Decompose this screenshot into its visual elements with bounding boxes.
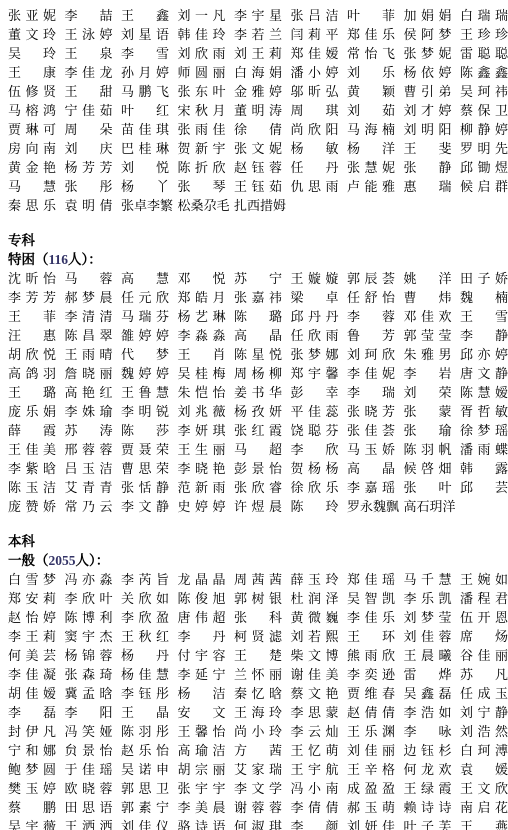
student-name: 杨艺琳 bbox=[178, 307, 226, 326]
student-name: 杨依婷 bbox=[404, 63, 452, 82]
student-name: 王秋红 bbox=[121, 627, 169, 646]
student-name: 张宇宇 bbox=[178, 779, 226, 798]
student-name: 王菲 bbox=[8, 307, 56, 326]
student-name: 唐伟超 bbox=[178, 608, 226, 627]
student-name: 马超 bbox=[234, 440, 282, 459]
student-name: 周琪 bbox=[291, 101, 339, 120]
student-name: 张晓芳 bbox=[347, 402, 395, 421]
student-name: 陈慧嫒 bbox=[460, 383, 508, 402]
student-name: 胡佳嫒 bbox=[8, 684, 56, 703]
student-name: 艾家瑞 bbox=[234, 760, 282, 779]
student-name: 安文 bbox=[178, 703, 226, 722]
section-subtitle-benke-yiban: 一般（2055人）： bbox=[8, 551, 508, 570]
student-name: 加娟娟 bbox=[404, 6, 452, 25]
student-name: 李乐凯 bbox=[404, 589, 452, 608]
student-name: 李宇星 bbox=[234, 6, 282, 25]
student-name: 马玉娇 bbox=[347, 440, 395, 459]
student-name: 张红霞 bbox=[234, 421, 282, 440]
student-count: 2055 bbox=[49, 553, 76, 568]
student-name: 李佳凝 bbox=[8, 665, 56, 684]
student-name: 周茜茜 bbox=[234, 570, 282, 589]
student-name: 谢佳美 bbox=[291, 665, 339, 684]
name-row: 胡欣悦王雨晴代梦王肖陈星悦张梦娜刘珂欣朱雅男邱亦婷 bbox=[8, 345, 508, 364]
name-row: 李王莉窦宇杰王秋红李丹柯贤滤刘若熙王环刘佳蓉席炀 bbox=[8, 627, 508, 646]
student-name: 郭树银 bbox=[234, 589, 282, 608]
student-name: 刘一凡 bbox=[178, 6, 226, 25]
student-name: 杨锦蓉 bbox=[65, 646, 113, 665]
student-name: 马蓉 bbox=[65, 269, 113, 288]
student-name: 刘浩然 bbox=[460, 722, 508, 741]
name-row: 李磊李阳王晶安文王海玲李思蒙赵倩倩李浩如刘宁静 bbox=[8, 703, 508, 722]
student-name: 何淑琪 bbox=[234, 817, 282, 830]
student-name: 庞赞娇 bbox=[8, 497, 56, 516]
student-name: 李佳龙 bbox=[65, 63, 113, 82]
student-name: 詹晓丽 bbox=[65, 364, 113, 383]
name-grid-benke-yiban: 白雪梦冯亦淼李芮旨龙晶晶周茜茜薛玉玲郑佳瑶马千慧王婉如郑安莉李欣叶关欣如陈俊旭郭… bbox=[8, 570, 508, 830]
student-name: 刘佳蓉 bbox=[404, 627, 452, 646]
student-name: 李佳乐 bbox=[347, 608, 395, 627]
student-name: 李芮旨 bbox=[121, 570, 169, 589]
student-name: 代梦 bbox=[121, 345, 169, 364]
student-name: 李蓉 bbox=[347, 307, 395, 326]
student-name: 李奕逊 bbox=[347, 665, 395, 684]
student-name: 王乐渊 bbox=[347, 722, 395, 741]
student-name: 张科 bbox=[234, 608, 282, 627]
name-row: 高鸽羽詹晓丽魏婷婷吴桂梅周杨柳郑宇馨李佳妮李岩唐文静 bbox=[8, 364, 508, 383]
student-name: 窦宇杰 bbox=[65, 627, 113, 646]
student-name: 冯笑娅 bbox=[65, 722, 113, 741]
student-name: 李若兰 bbox=[234, 25, 282, 44]
name-row: 李佳凝张森琦杨佳慧李延宁兰怀丽谢佳美李奕逊雷烨苏凡 bbox=[8, 665, 508, 684]
student-name: 任成玉 bbox=[460, 684, 508, 703]
student-name: 赵钰蓉 bbox=[234, 158, 282, 177]
student-name: 吴珂祎 bbox=[460, 82, 508, 101]
student-name: 巴桂琳 bbox=[121, 139, 169, 158]
student-name: 邬昕弘 bbox=[291, 82, 339, 101]
student-name: 叶子芙 bbox=[404, 817, 452, 830]
student-name: 张欣睿 bbox=[234, 478, 282, 497]
student-name: 刘兆薇 bbox=[178, 402, 226, 421]
student-name: 郭素宁 bbox=[121, 798, 169, 817]
student-name: 王忆萌 bbox=[291, 741, 339, 760]
student-name: 朱雅男 bbox=[404, 345, 452, 364]
student-name: 柴文博 bbox=[291, 646, 339, 665]
student-name: 赵倩倩 bbox=[347, 703, 395, 722]
student-name: 秦思乐 bbox=[8, 196, 56, 215]
student-name: 张叶 bbox=[404, 478, 452, 497]
student-name: 胥哲敏 bbox=[460, 402, 508, 421]
student-name: 彭幸 bbox=[291, 383, 339, 402]
student-name: 边钰杉 bbox=[404, 741, 452, 760]
student-name: 叶红 bbox=[121, 101, 169, 120]
student-name: 魏婷婷 bbox=[121, 364, 169, 383]
student-name: 陈莎 bbox=[121, 421, 169, 440]
subtitle-label: 特困（ bbox=[8, 252, 49, 267]
student-name: 刘星语 bbox=[121, 25, 169, 44]
student-name: 谷佳丽 bbox=[460, 646, 508, 665]
student-name: 鲁芳 bbox=[347, 326, 395, 345]
name-row: 胡佳嫒冀孟晗李钰彤杨洁秦忆晗蔡文艳贾维春吴鑫磊任成玉 bbox=[8, 684, 508, 703]
student-name: 王泉 bbox=[65, 44, 113, 63]
student-name: 沈昕怡 bbox=[8, 269, 56, 288]
student-name: 高晶 bbox=[347, 459, 395, 478]
student-name: 柯贤滤 bbox=[234, 627, 282, 646]
student-name: 李雪 bbox=[121, 44, 169, 63]
student-name: 刘乐 bbox=[347, 63, 395, 82]
student-name: 陈折欣 bbox=[178, 158, 226, 177]
student-name: 姚洋 bbox=[404, 269, 452, 288]
student-name: 刘梦莹 bbox=[404, 608, 452, 627]
student-name: 高晶 bbox=[234, 326, 282, 345]
student-name: 王绿霞 bbox=[404, 779, 452, 798]
student-name: 王婉如 bbox=[460, 570, 508, 589]
student-name: 刘若熙 bbox=[291, 627, 339, 646]
name-row: 白雪梦冯亦淼李芮旨龙晶晶周茜茜薛玉玲郑佳瑶马千慧王婉如 bbox=[8, 570, 508, 589]
student-name: 李明锐 bbox=[121, 402, 169, 421]
student-name: 高艳红 bbox=[65, 383, 113, 402]
student-name: 陈星悦 bbox=[234, 345, 282, 364]
student-name: 李瑞 bbox=[347, 383, 395, 402]
student-name: 叶菲 bbox=[347, 6, 395, 25]
student-name: 李淼淼 bbox=[178, 326, 226, 345]
student-name: 杨敏 bbox=[291, 139, 339, 158]
student-name: 张佳荟 bbox=[347, 421, 395, 440]
student-name: 周朵 bbox=[65, 120, 113, 139]
student-name: 汪惠 bbox=[8, 326, 56, 345]
name-row: 王菲李清清马瑞芬杨艺琳陈璐邱丹丹李蓉邓佳欢王雪 bbox=[8, 307, 508, 326]
student-name: 冀孟晗 bbox=[65, 684, 113, 703]
student-name: 高瑜洁 bbox=[178, 741, 226, 760]
student-name: 罗永魏飘 bbox=[347, 497, 395, 516]
student-name: 马瑞芬 bbox=[121, 307, 169, 326]
student-name: 杨佳慧 bbox=[121, 665, 169, 684]
student-name: 张彤 bbox=[65, 177, 113, 196]
student-name: 方茜 bbox=[234, 741, 282, 760]
student-name: 蔡鹏 bbox=[8, 798, 56, 817]
student-count: 116 bbox=[49, 252, 69, 267]
student-name: 李颜 bbox=[291, 817, 339, 830]
student-name: 赖诗诗 bbox=[404, 798, 452, 817]
student-name: 马鹏飞 bbox=[121, 82, 169, 101]
student-name: 李文学 bbox=[234, 779, 282, 798]
section-zhuanke-tekun: 专科特困（116人）：沈昕怡马蓉高慧邓悦苏宁王嫙嫙郭辰荟姚洋田子娇李芳芳郝梦晨任… bbox=[8, 231, 508, 516]
student-name: 薛霞 bbox=[8, 421, 56, 440]
name-row: 王佳美邢蓉蓉贾聂荣王生丽马超李欣马玉娇陈羽帆潘雨蝶 bbox=[8, 440, 508, 459]
student-name: 任欣雨 bbox=[291, 326, 339, 345]
student-name: 李延宁 bbox=[178, 665, 226, 684]
student-name: 徐倩 bbox=[234, 120, 282, 139]
student-name: 胡宗丽 bbox=[178, 760, 226, 779]
student-name: 罗明先 bbox=[460, 139, 508, 158]
student-name: 董文玲 bbox=[8, 25, 56, 44]
student-name: 李欣叶 bbox=[65, 589, 113, 608]
student-name: 李紫晗 bbox=[8, 459, 56, 478]
student-name: 鲍梦圆 bbox=[8, 760, 56, 779]
name-row: 汪惠陈昌翠雒婷婷李淼淼高晶任欣雨鲁芳郭莹莹李静 bbox=[8, 326, 508, 345]
student-name: 杨丹 bbox=[121, 646, 169, 665]
student-name: 陈璐 bbox=[234, 307, 282, 326]
name-row: 何美芸杨锦蓉杨丹付宇容王楚柴文博熊雨欣王晨曦谷佳丽 bbox=[8, 646, 508, 665]
name-grid-zhuanke-tekun: 沈昕怡马蓉高慧邓悦苏宁王嫙嫙郭辰荟姚洋田子娇李芳芳郝梦晨任元欣郑皓月张嘉祎梁卓任… bbox=[8, 269, 508, 516]
student-name: 邓悦 bbox=[178, 269, 226, 288]
student-name: 李芳芳 bbox=[8, 288, 56, 307]
student-name: 蔡保卫 bbox=[460, 101, 508, 120]
student-name: 王泳婷 bbox=[65, 25, 113, 44]
student-name: 付宇容 bbox=[178, 646, 226, 665]
student-name-roster-document: 张亚妮李喆王鑫刘一凡李宇星张吕洁叶菲加娟娟白瑞瑞董文玲王泳婷刘星语韩佳玲李若兰闫… bbox=[0, 0, 508, 830]
student-name: 李倩倩 bbox=[291, 798, 339, 817]
student-name: 曹引弟 bbox=[404, 82, 452, 101]
name-row: 贾琳可周朵苗佳琪张雨佳徐倩尚欣阳马海楠刘明阳柳静婷 bbox=[8, 120, 508, 139]
student-name: 高鸽羽 bbox=[8, 364, 56, 383]
student-name: 胡欣悦 bbox=[8, 345, 56, 364]
student-name: 张吕洁 bbox=[291, 6, 339, 25]
student-name: 郝梦晨 bbox=[65, 288, 113, 307]
student-name: 郑宇馨 bbox=[291, 364, 339, 383]
student-name: 郝玉萌 bbox=[347, 798, 395, 817]
student-name: 贾维春 bbox=[347, 684, 395, 703]
student-name: 薛玉玲 bbox=[291, 570, 339, 589]
student-name: 宁佳茹 bbox=[65, 101, 113, 120]
student-name: 周杨柳 bbox=[234, 364, 282, 383]
student-name: 陈博利 bbox=[65, 608, 113, 627]
student-name: 蔡文艳 bbox=[291, 684, 339, 703]
student-name: 樊玉婷 bbox=[8, 779, 56, 798]
student-name: 雷聪聪 bbox=[460, 44, 508, 63]
student-name: 松桑尕毛 bbox=[178, 196, 226, 215]
name-row: 马榕鸿宁佳茹叶红宋秋月董明涛周琪刘茹刘才婷蔡保卫 bbox=[8, 101, 508, 120]
student-name: 伍修贤 bbox=[8, 82, 56, 101]
student-name: 郑安莉 bbox=[8, 589, 56, 608]
student-name: 刘欣雨 bbox=[178, 44, 226, 63]
student-name: 徐梦瑶 bbox=[460, 421, 508, 440]
student-name: 刘佳丽 bbox=[347, 741, 395, 760]
student-name: 韩露 bbox=[460, 459, 508, 478]
student-name: 张森琦 bbox=[65, 665, 113, 684]
name-row: 董文玲王泳婷刘星语韩佳玲李若兰闫莉平郑佳乐侯阿梦王珍珍 bbox=[8, 25, 508, 44]
student-name: 卢能雅 bbox=[347, 177, 395, 196]
name-row: 宁和娜贠景怡赵乐怡高瑜洁方茜王忆萌刘佳丽边钰杉白珂溥 bbox=[8, 741, 508, 760]
student-name: 郑佳嫒 bbox=[291, 44, 339, 63]
student-name: 郑皓月 bbox=[178, 288, 226, 307]
student-name: 王海玲 bbox=[234, 703, 282, 722]
student-name: 张东叶 bbox=[178, 82, 226, 101]
student-name: 平佳蕊 bbox=[291, 402, 339, 421]
name-row: 蔡鹏田思语郭素宁李美晨谢蓉蓉李倩倩郝玉萌赖诗诗南启花 bbox=[8, 798, 508, 817]
student-name: 常乃云 bbox=[65, 497, 113, 516]
student-name: 陈鑫鑫 bbox=[460, 63, 508, 82]
student-name: 关欣如 bbox=[121, 589, 169, 608]
student-name: 庞乐娟 bbox=[8, 402, 56, 421]
student-name: 任丹 bbox=[291, 158, 339, 177]
student-name: 闫莉平 bbox=[291, 25, 339, 44]
student-name: 曹炜 bbox=[404, 288, 452, 307]
name-row: 樊玉婷欧晓蓉郭思卫张宇宇李文学冯小南成盈盈王绿霞王文欣 bbox=[8, 779, 508, 798]
student-name: 李云灿 bbox=[291, 722, 339, 741]
student-name: 许煜晨 bbox=[234, 497, 282, 516]
name-row: 房向南刘庆巴桂琳贺新宇张文妮杨敏杨洋王斐罗明先 bbox=[8, 139, 508, 158]
student-name: 尚小玲 bbox=[234, 722, 282, 741]
student-name: 房向南 bbox=[8, 139, 56, 158]
student-name: 何龙欢 bbox=[404, 760, 452, 779]
student-name: 李嘉瑶 bbox=[347, 478, 395, 497]
student-name: 李欣 bbox=[291, 440, 339, 459]
student-name: 苏宁 bbox=[234, 269, 282, 288]
student-name: 欧晓蓉 bbox=[65, 779, 113, 798]
name-row: 薛霞苏涛陈莎李妍琪张红霞饶聪芬张佳荟张瑜徐梦瑶 bbox=[8, 421, 508, 440]
student-name: 候啓畑 bbox=[404, 459, 452, 478]
student-name: 艾青青 bbox=[65, 478, 113, 497]
student-name: 李喆 bbox=[65, 6, 113, 25]
student-name: 赵怡婷 bbox=[8, 608, 56, 627]
student-name: 张梦娜 bbox=[291, 345, 339, 364]
student-name: 吴鑫磊 bbox=[404, 684, 452, 703]
student-name: 袁明倩 bbox=[65, 196, 113, 215]
student-name: 张卓李繁 bbox=[121, 196, 169, 215]
student-name: 苏涛 bbox=[65, 421, 113, 440]
student-name: 冯小南 bbox=[291, 779, 339, 798]
student-name: 刘王莉 bbox=[234, 44, 282, 63]
student-name: 曹思荣 bbox=[121, 459, 169, 478]
subtitle-label-suffix: 人）： bbox=[76, 553, 110, 568]
student-name: 刘荣 bbox=[404, 383, 452, 402]
student-name: 王文欣 bbox=[460, 779, 508, 798]
student-name: 魏楠 bbox=[460, 288, 508, 307]
student-name: 谢蓉蓉 bbox=[234, 798, 282, 817]
student-name: 马榕鸿 bbox=[8, 101, 56, 120]
student-name: 郭思卫 bbox=[121, 779, 169, 798]
student-name: 潘程君 bbox=[460, 589, 508, 608]
student-name: 赵乐怡 bbox=[121, 741, 169, 760]
student-name: 仇思雨 bbox=[291, 177, 339, 196]
student-name: 任舒怡 bbox=[347, 288, 395, 307]
student-name: 冯亦淼 bbox=[65, 570, 113, 589]
student-name: 吴诺申 bbox=[121, 760, 169, 779]
name-row: 沈昕怡马蓉高慧邓悦苏宁王嫙嫙郭辰荟姚洋田子娇 bbox=[8, 269, 508, 288]
student-name: 龙晶晶 bbox=[178, 570, 226, 589]
student-name: 张文妮 bbox=[234, 139, 282, 158]
student-name: 杜润泽 bbox=[291, 589, 339, 608]
student-name: 唐文静 bbox=[460, 364, 508, 383]
section-top-list: 张亚妮李喆王鑫刘一凡李宇星张吕洁叶菲加娟娟白瑞瑞董文玲王泳婷刘星语韩佳玲李若兰闫… bbox=[8, 6, 508, 215]
student-name: 李静 bbox=[460, 326, 508, 345]
student-name: 苏凡 bbox=[460, 665, 508, 684]
student-name: 张亚妮 bbox=[8, 6, 56, 25]
name-row: 吴玲王泉李雪刘欣雨刘王莉郑佳嫒常怡飞张梦妮雷聪聪 bbox=[8, 44, 508, 63]
name-row: 马慧张彤杨丫张琴王钰茹仇思雨卢能雅惠瑞候启群 bbox=[8, 177, 508, 196]
student-name: 郑佳乐 bbox=[347, 25, 395, 44]
student-name: 梁卓 bbox=[291, 288, 339, 307]
student-name: 李咏 bbox=[404, 722, 452, 741]
student-name: 熊雨欣 bbox=[347, 646, 395, 665]
student-name: 郭辰荟 bbox=[347, 269, 395, 288]
student-name: 王甜 bbox=[65, 82, 113, 101]
student-name: 刘珂欣 bbox=[347, 345, 395, 364]
student-name: 史婷婷 bbox=[178, 497, 226, 516]
student-name: 王斐 bbox=[404, 139, 452, 158]
name-row: 秦思乐袁明倩张卓李繁松桑尕毛扎西措姆 bbox=[8, 196, 508, 215]
student-name: 杨芳芳 bbox=[65, 158, 113, 177]
student-name: 王晨曦 bbox=[404, 646, 452, 665]
student-name: 高慧 bbox=[121, 269, 169, 288]
student-name: 李欣盈 bbox=[121, 608, 169, 627]
student-name: 杨孜妍 bbox=[234, 402, 282, 421]
student-name: 王辛格 bbox=[347, 760, 395, 779]
student-name: 饶聪芬 bbox=[291, 421, 339, 440]
student-name: 贾琳可 bbox=[8, 120, 56, 139]
student-name: 范新雨 bbox=[178, 478, 226, 497]
student-name: 席炀 bbox=[460, 627, 508, 646]
student-name: 南启花 bbox=[460, 798, 508, 817]
student-name: 侯阿梦 bbox=[404, 25, 452, 44]
student-name: 张瑜 bbox=[404, 421, 452, 440]
student-name: 马海楠 bbox=[347, 120, 395, 139]
name-row: 鲍梦圆于佳瑶吴诺申胡宗丽艾家瑞王宇航王辛格何龙欢袁媛 bbox=[8, 760, 508, 779]
section-title-zhuanke-tekun: 专科 bbox=[8, 231, 508, 250]
student-name: 王佳美 bbox=[8, 440, 56, 459]
student-name: 李王莉 bbox=[8, 627, 56, 646]
student-name: 王肖 bbox=[178, 345, 226, 364]
student-name: 黄微巍 bbox=[291, 608, 339, 627]
student-name: 秦忆晗 bbox=[234, 684, 282, 703]
student-name: 伍开恩 bbox=[460, 608, 508, 627]
student-name: 贾聂荣 bbox=[121, 440, 169, 459]
student-name: 马慧 bbox=[8, 177, 56, 196]
student-name: 刘妍佳 bbox=[347, 817, 395, 830]
subtitle-label: 一般（ bbox=[8, 553, 49, 568]
student-name: 朱恺怡 bbox=[178, 383, 226, 402]
student-name: 贺新宇 bbox=[178, 139, 226, 158]
student-name: 郭莹莹 bbox=[404, 326, 452, 345]
student-name: 白雪梦 bbox=[8, 570, 56, 589]
student-name: 王鑫 bbox=[121, 6, 169, 25]
student-name: 王珍珍 bbox=[460, 25, 508, 44]
subtitle-label-suffix: 人）： bbox=[68, 252, 102, 267]
student-name: 宁和娜 bbox=[8, 741, 56, 760]
student-name: 吕玉洁 bbox=[65, 459, 113, 478]
student-name: 惠瑞 bbox=[404, 177, 452, 196]
student-name: 王钰茹 bbox=[234, 177, 282, 196]
name-row: 陈玉洁艾青青张恬静范新雨张欣睿徐欣乐李嘉瑶张叶邱芸 bbox=[8, 478, 508, 497]
student-name: 李丹 bbox=[178, 627, 226, 646]
student-name: 王楚 bbox=[234, 646, 282, 665]
student-name: 张慧妮 bbox=[347, 158, 395, 177]
student-name: 邱丹丹 bbox=[291, 307, 339, 326]
student-name: 张静 bbox=[404, 158, 452, 177]
student-name: 李磊 bbox=[8, 703, 56, 722]
student-name: 张嘉祎 bbox=[234, 288, 282, 307]
student-name: 李文静 bbox=[121, 497, 169, 516]
student-name: 潘小婷 bbox=[291, 63, 339, 82]
name-row: 封伊凡冯笑娅陈羽彤王馨怡尚小玲李云灿王乐渊李咏刘浩然 bbox=[8, 722, 508, 741]
section-subtitle-zhuanke-tekun: 特困（116人）： bbox=[8, 250, 508, 269]
student-name: 雒婷婷 bbox=[121, 326, 169, 345]
student-name: 韩佳玲 bbox=[178, 25, 226, 44]
student-name: 王璐 bbox=[8, 383, 56, 402]
name-row: 李紫晗吕玉洁曹思荣李晓艳彭景怡贺杨杨高晶候啓畑韩露 bbox=[8, 459, 508, 478]
name-row: 王璐高艳红王鲁慧朱恺怡姜书华彭幸李瑞刘荣陈慧嫒 bbox=[8, 383, 508, 402]
student-name: 杨洋 bbox=[347, 139, 395, 158]
student-name: 田思语 bbox=[65, 798, 113, 817]
student-name: 王雪 bbox=[460, 307, 508, 326]
name-row: 张亚妮李喆王鑫刘一凡李宇星张吕洁叶菲加娟娟白瑞瑞 bbox=[8, 6, 508, 25]
student-name: 陈玲 bbox=[291, 497, 339, 516]
student-name: 张恬静 bbox=[121, 478, 169, 497]
student-name: 常怡飞 bbox=[347, 44, 395, 63]
student-name: 陈昌翠 bbox=[65, 326, 113, 345]
student-name: 白海娟 bbox=[234, 63, 282, 82]
name-row: 郑安莉李欣叶关欣如陈俊旭郭树银杜润泽吴智凯李乐凯潘程君 bbox=[8, 589, 508, 608]
